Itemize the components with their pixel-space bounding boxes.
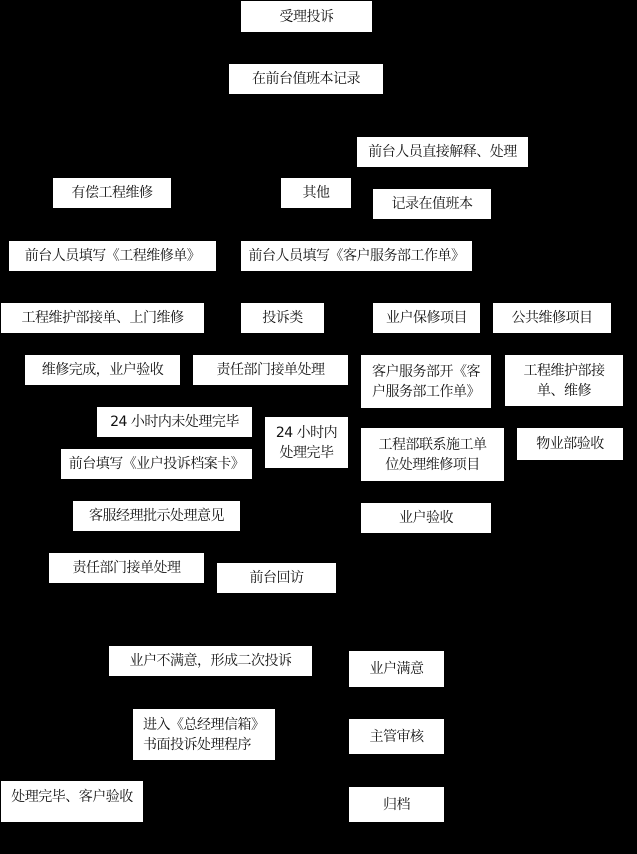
node-supervisor-review: 主管审核 — [349, 719, 444, 754]
node-other: 其他 — [281, 178, 351, 208]
node-owner-repair-items: 业户保修项目 — [373, 303, 480, 333]
node-owner-satisfied: 业户满意 — [349, 651, 444, 687]
node-paid-repair: 有偿工程维修 — [53, 178, 171, 208]
node-done-customer-accept: 处理完毕、客户验收 — [1, 781, 143, 822]
node-complaint-type: 投诉类 — [241, 303, 324, 333]
node-responsible-dept: 责任部门接单处理 — [193, 355, 348, 385]
node-maintenance-onsite: 工程维护部接单、上门维修 — [1, 303, 204, 333]
node-owner-accept: 业户验收 — [361, 503, 491, 533]
node-service-dept-form: 客户服务部开《客 户服务部工作单》 — [361, 355, 491, 408]
node-archive: 归档 — [349, 787, 444, 822]
node-repair-done-accept: 维修完成，业户验收 — [25, 355, 180, 385]
node-manager-instruction: 客服经理批示处理意见 — [73, 501, 240, 531]
node-owner-dissatisfied: 业户不满意，形成二次投诉 — [109, 646, 312, 676]
node-fill-service-form: 前台人员填写《客户服务部工作单》 — [241, 241, 472, 271]
node-follow-up-visit: 前台回访 — [217, 563, 336, 593]
node-fill-complaint-card: 前台填写《业户投诉档案卡》 — [61, 449, 252, 479]
node-record-in-log: 记录在值班本 — [373, 189, 491, 219]
node-record-front-desk-log: 在前台值班本记录 — [229, 64, 383, 94]
node-fill-repair-form: 前台人员填写《工程维修单》 — [9, 241, 216, 271]
node-responsible-dept-2: 责任部门接单处理 — [49, 553, 204, 583]
node-public-repair-items: 公共维修项目 — [493, 303, 611, 333]
node-engineering-contractor: 工程部联系施工单 位处理维修项目 — [361, 428, 504, 481]
flowchart-canvas: 受理投诉 在前台值班本记录 前台人员直接解释、处理 有偿工程维修 其他 记录在值… — [0, 0, 637, 854]
node-front-desk-explain: 前台人员直接解释、处理 — [357, 137, 528, 167]
node-gm-mailbox: 进入《总经理信箱》 书面投诉处理程序 — [133, 709, 275, 760]
node-done-24h: 24 小时内 处理完毕 — [265, 417, 348, 468]
node-maintenance-repair: 工程维护部接 单、维修 — [505, 355, 623, 406]
node-property-accept: 物业部验收 — [517, 428, 623, 460]
node-accept-complaint: 受理投诉 — [241, 1, 372, 32]
node-not-done-24h: 24 小时内未处理完毕 — [97, 407, 252, 437]
